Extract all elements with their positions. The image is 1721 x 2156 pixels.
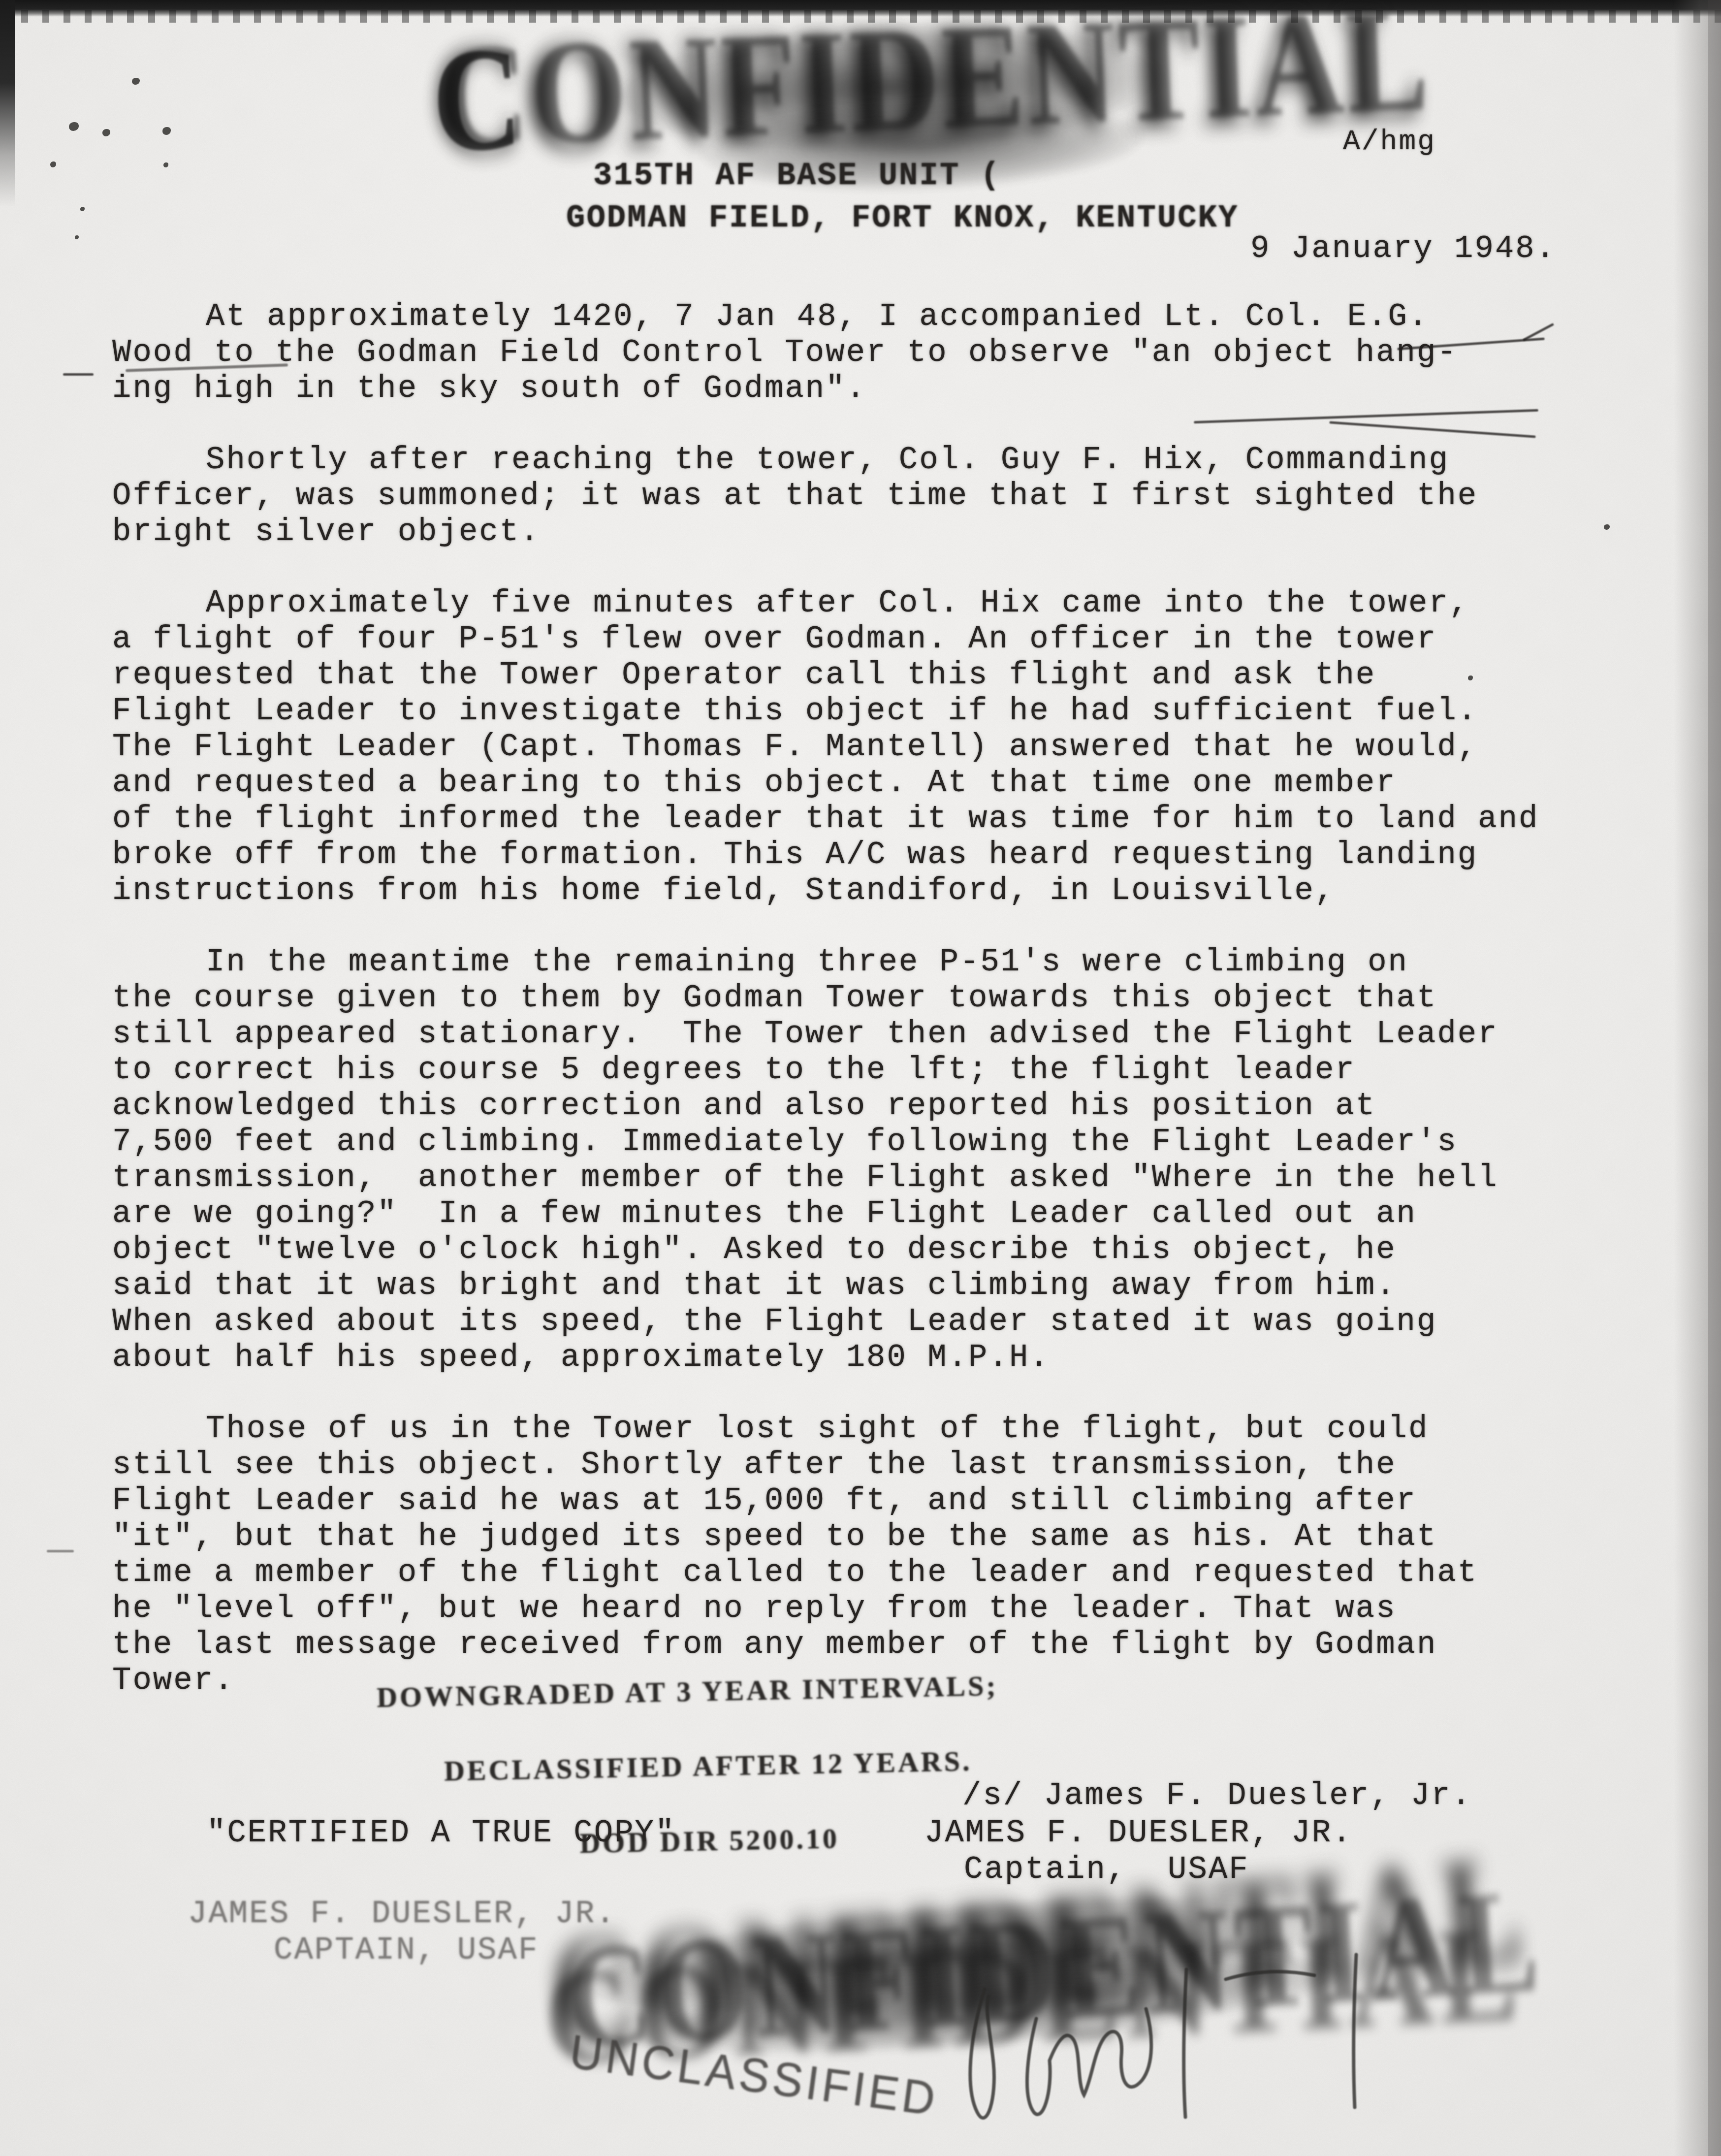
paragraph: Shortly after reaching the tower, Col. G… bbox=[112, 443, 1638, 550]
body-line: In the meantime the remaining three P-51… bbox=[112, 945, 1638, 981]
paragraph: At approximately 1420, 7 Jan 48, I accom… bbox=[112, 299, 1638, 407]
margin-dash bbox=[47, 1550, 74, 1552]
scan-edge-left bbox=[0, 0, 15, 207]
body-line: and requested a bearing to this object. … bbox=[112, 766, 1638, 802]
paragraph: In the meantime the remaining three P-51… bbox=[112, 945, 1638, 1376]
body-line: about half his speed, approximately 180 … bbox=[112, 1340, 1638, 1376]
ink-speck bbox=[69, 122, 79, 131]
body-line: he "level off", but we heard no reply fr… bbox=[112, 1591, 1638, 1627]
certified-true-copy: "CERTIFIED A TRUE COPY" bbox=[207, 1816, 675, 1852]
body-line: ing high in the sky south of Godman". bbox=[112, 371, 1638, 407]
body-line: the last message received from any membe… bbox=[112, 1627, 1638, 1663]
body-line: time a member of the flight called to th… bbox=[112, 1555, 1638, 1591]
handwritten-scrawl bbox=[911, 1950, 1452, 2147]
body-line: The Flight Leader (Capt. Thomas F. Mante… bbox=[112, 730, 1638, 766]
body-line: said that it was bright and that it was … bbox=[112, 1268, 1638, 1304]
reference-initials: A/hmg bbox=[1343, 124, 1436, 160]
body-line: Those of us in the Tower lost sight of t… bbox=[112, 1412, 1638, 1448]
body-line: the course given to them by Godman Tower… bbox=[112, 981, 1638, 1017]
ink-speck bbox=[80, 207, 85, 211]
body-line: Flight Leader said he was at 15,000 ft, … bbox=[112, 1483, 1638, 1519]
body-line: Wood to the Godman Field Control Tower t… bbox=[112, 335, 1638, 371]
body-line: Flight Leader to investigate this object… bbox=[112, 694, 1638, 730]
scan-edge-right-dark bbox=[1708, 0, 1721, 2156]
ink-speck bbox=[50, 161, 56, 167]
body-line: broke off from the formation. This A/C w… bbox=[112, 837, 1638, 873]
ink-speck bbox=[132, 78, 140, 85]
body-line: a flight of four P-51's flew over Godman… bbox=[112, 622, 1638, 658]
scanned-document-page: CONFIDENTIAL CONFIDENTIAL CONFIDENTIAL 3… bbox=[0, 0, 1721, 2156]
paragraph: Approximately five minutes after Col. Hi… bbox=[112, 586, 1638, 909]
body-text: At approximately 1420, 7 Jan 48, I accom… bbox=[112, 299, 1638, 1735]
body-line: 7,500 feet and climbing. Immediately fol… bbox=[112, 1125, 1638, 1160]
ink-speck bbox=[75, 235, 79, 239]
signature-signed-line: /s/ James F. Duesler, Jr. bbox=[962, 1778, 1472, 1814]
body-line: of the flight informed the leader that i… bbox=[112, 802, 1638, 837]
body-line: "it", but that he judged its speed to be… bbox=[112, 1519, 1638, 1555]
signer-rank-left: CAPTAIN, USAF bbox=[274, 1933, 539, 1969]
declass-line2: DECLASSIFIED AFTER 12 YEARS. bbox=[444, 1745, 972, 1787]
body-line: acknowledged this correction and also re… bbox=[112, 1089, 1638, 1125]
body-line: instructions from his home field, Standi… bbox=[112, 873, 1638, 909]
letterhead-location-line: GODMAN FIELD, FORT KNOX, KENTUCKY bbox=[566, 201, 1239, 237]
body-line: Officer, was summoned; it was at that ti… bbox=[112, 479, 1638, 515]
body-line: requested that the Tower Operator call t… bbox=[112, 658, 1638, 694]
body-line: Approximately five minutes after Col. Hi… bbox=[112, 586, 1638, 622]
document-date: 9 January 1948. bbox=[1250, 231, 1556, 267]
ink-speck bbox=[163, 162, 168, 167]
body-line: Shortly after reaching the tower, Col. G… bbox=[112, 443, 1638, 479]
paragraph: Those of us in the Tower lost sight of t… bbox=[112, 1412, 1638, 1699]
ink-speck bbox=[162, 127, 171, 135]
body-line: are we going?" In a few minutes the Flig… bbox=[112, 1196, 1638, 1232]
body-line: still appeared stationary. The Tower the… bbox=[112, 1017, 1638, 1053]
body-line: bright silver object. bbox=[112, 515, 1638, 550]
body-line: When asked about its speed, the Flight L… bbox=[112, 1304, 1638, 1340]
body-line: to correct his course 5 degrees to the l… bbox=[112, 1053, 1638, 1089]
body-line: At approximately 1420, 7 Jan 48, I accom… bbox=[112, 299, 1638, 335]
body-line: object "twelve o'clock high". Asked to d… bbox=[112, 1232, 1638, 1268]
body-line: transmission, another member of the Flig… bbox=[112, 1160, 1638, 1196]
letterhead-unit-line: 315TH AF BASE UNIT ( bbox=[593, 159, 1001, 194]
ink-speck bbox=[102, 129, 110, 136]
margin-dash bbox=[63, 373, 94, 376]
body-line: still see this object. Shortly after the… bbox=[112, 1448, 1638, 1483]
